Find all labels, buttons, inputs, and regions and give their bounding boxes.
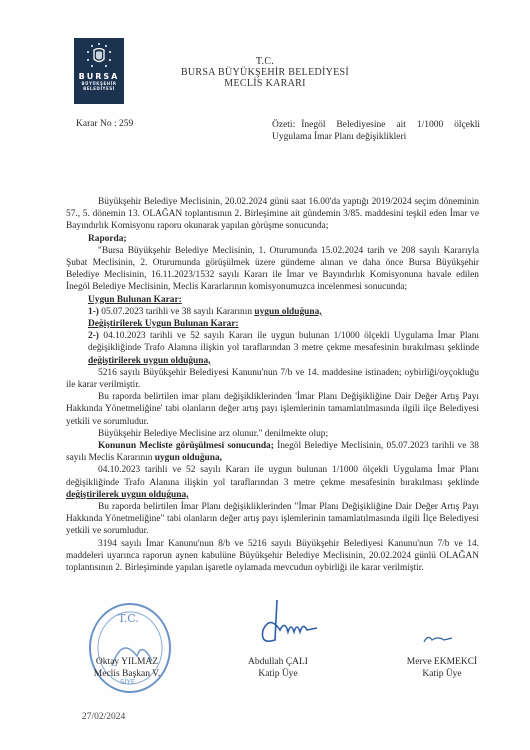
item-2-text: 04.10.2023 tarihli ve 52 sayılı Kararı i… [88,331,479,353]
summary-label: Özeti: [272,120,295,130]
document-body: Büyükşehir Belediye Meclisinin, 20.02.20… [66,196,479,574]
signatory-title: Katip Üye [228,668,328,680]
modified-approval-paragraph: 04.10.2023 tarihli ve 52 sayılı Kararı i… [66,464,479,501]
modified-decision-heading: Değiştirilerek Uygun Bulunan Karar: [66,318,479,330]
report-paragraph: "Bursa Büyükşehir Belediye Meclisinin, 1… [66,245,479,294]
decision-number: Karar No : 259 [76,119,133,129]
signature-merve-ekmekci-icon [420,628,460,648]
discussion-lead: Konunun Mecliste görüşülmesi sonucunda; [98,441,274,451]
signatory-clerk-2: Merve EKMEKCİ Katip Üye [392,656,492,680]
decision-item-2: 2-) 04.10.2023 tarihli ve 52 sayılı Kara… [66,330,479,367]
signature-date: 27/02/2024 [82,712,125,722]
header-tc: T.C. [0,56,530,67]
header-institution: BURSA BÜYÜKŞEHİR BELEDİYESİ [0,67,530,78]
law-reference-paragraph: 5216 sayılı Büyükşehir Belediyesi Kanunu… [66,367,479,391]
value-increase-paragraph: Bu raporda belirtilen imar planı değişik… [66,391,479,428]
final-decision-paragraph: 3194 sayılı İmar Kanunu'nun 8/b ve 5216 … [66,538,479,575]
item-2-verdict: değiştirilerek uygun olduğuna, [88,356,211,366]
decision-item-1: 1-) 05.07.2023 tarihli ve 38 sayılı Kara… [66,306,479,318]
discussion-verdict: uygun olduğuna, [155,453,222,463]
signatory-clerk-1: Abdullah ÇALI Katip Üye [228,656,328,680]
summary: Özeti:İnegöl Belediyesine ait 1/1000 ölç… [272,119,480,143]
signature-abdullah-cali-icon [255,600,335,660]
signatory-title: Katip Üye [392,668,492,680]
document-page: BURSA BÜYÜKŞEHİR BELEDİYESİ T.C. BURSA B… [0,0,530,750]
signatory-title: Meclis Başkan V. [82,668,172,680]
submission-paragraph: Büyükşehir Belediye Meclisine arz olunur… [66,428,479,440]
intro-paragraph: Büyükşehir Belediye Meclisinin, 20.02.20… [66,196,479,233]
value-increase-paragraph-2: Bu raporda belirtilen İmar Planı değişik… [66,501,479,538]
signatory-chair: Oktay YILMAZ Meclis Başkan V. [82,656,172,680]
item-1-text: 05.07.2023 tarihli ve 38 sayılı Kararını… [99,307,254,317]
signatory-name: Oktay YILMAZ [82,656,172,668]
modified-approval-verdict: değiştirilerek uygun olduğuna, [66,490,189,500]
item-1-number: 1-) [88,307,99,317]
svg-text:T.C.: T.C. [118,612,139,625]
signatory-name: Abdullah ÇALI [228,656,328,668]
modified-approval-text: 04.10.2023 tarihli ve 52 sayılı Kararı i… [66,465,479,487]
item-1-verdict: uygun olduğuna, [254,307,321,317]
item-2-number: 2-) [88,331,99,341]
official-stamp-icon: T.C. SİYE [82,596,182,696]
approved-decision-heading: Uygun Bulunan Karar: [66,294,479,306]
raporda-heading: Raporda; [66,233,479,245]
summary-text: İnegöl Belediyesine ait 1/1000 ölçekli U… [272,120,480,142]
signatory-name: Merve EKMEKCİ [392,656,492,668]
council-discussion-paragraph: Konunun Mecliste görüşülmesi sonucunda; … [66,440,479,464]
header-document-type: MECLİS KARARI [0,78,530,89]
